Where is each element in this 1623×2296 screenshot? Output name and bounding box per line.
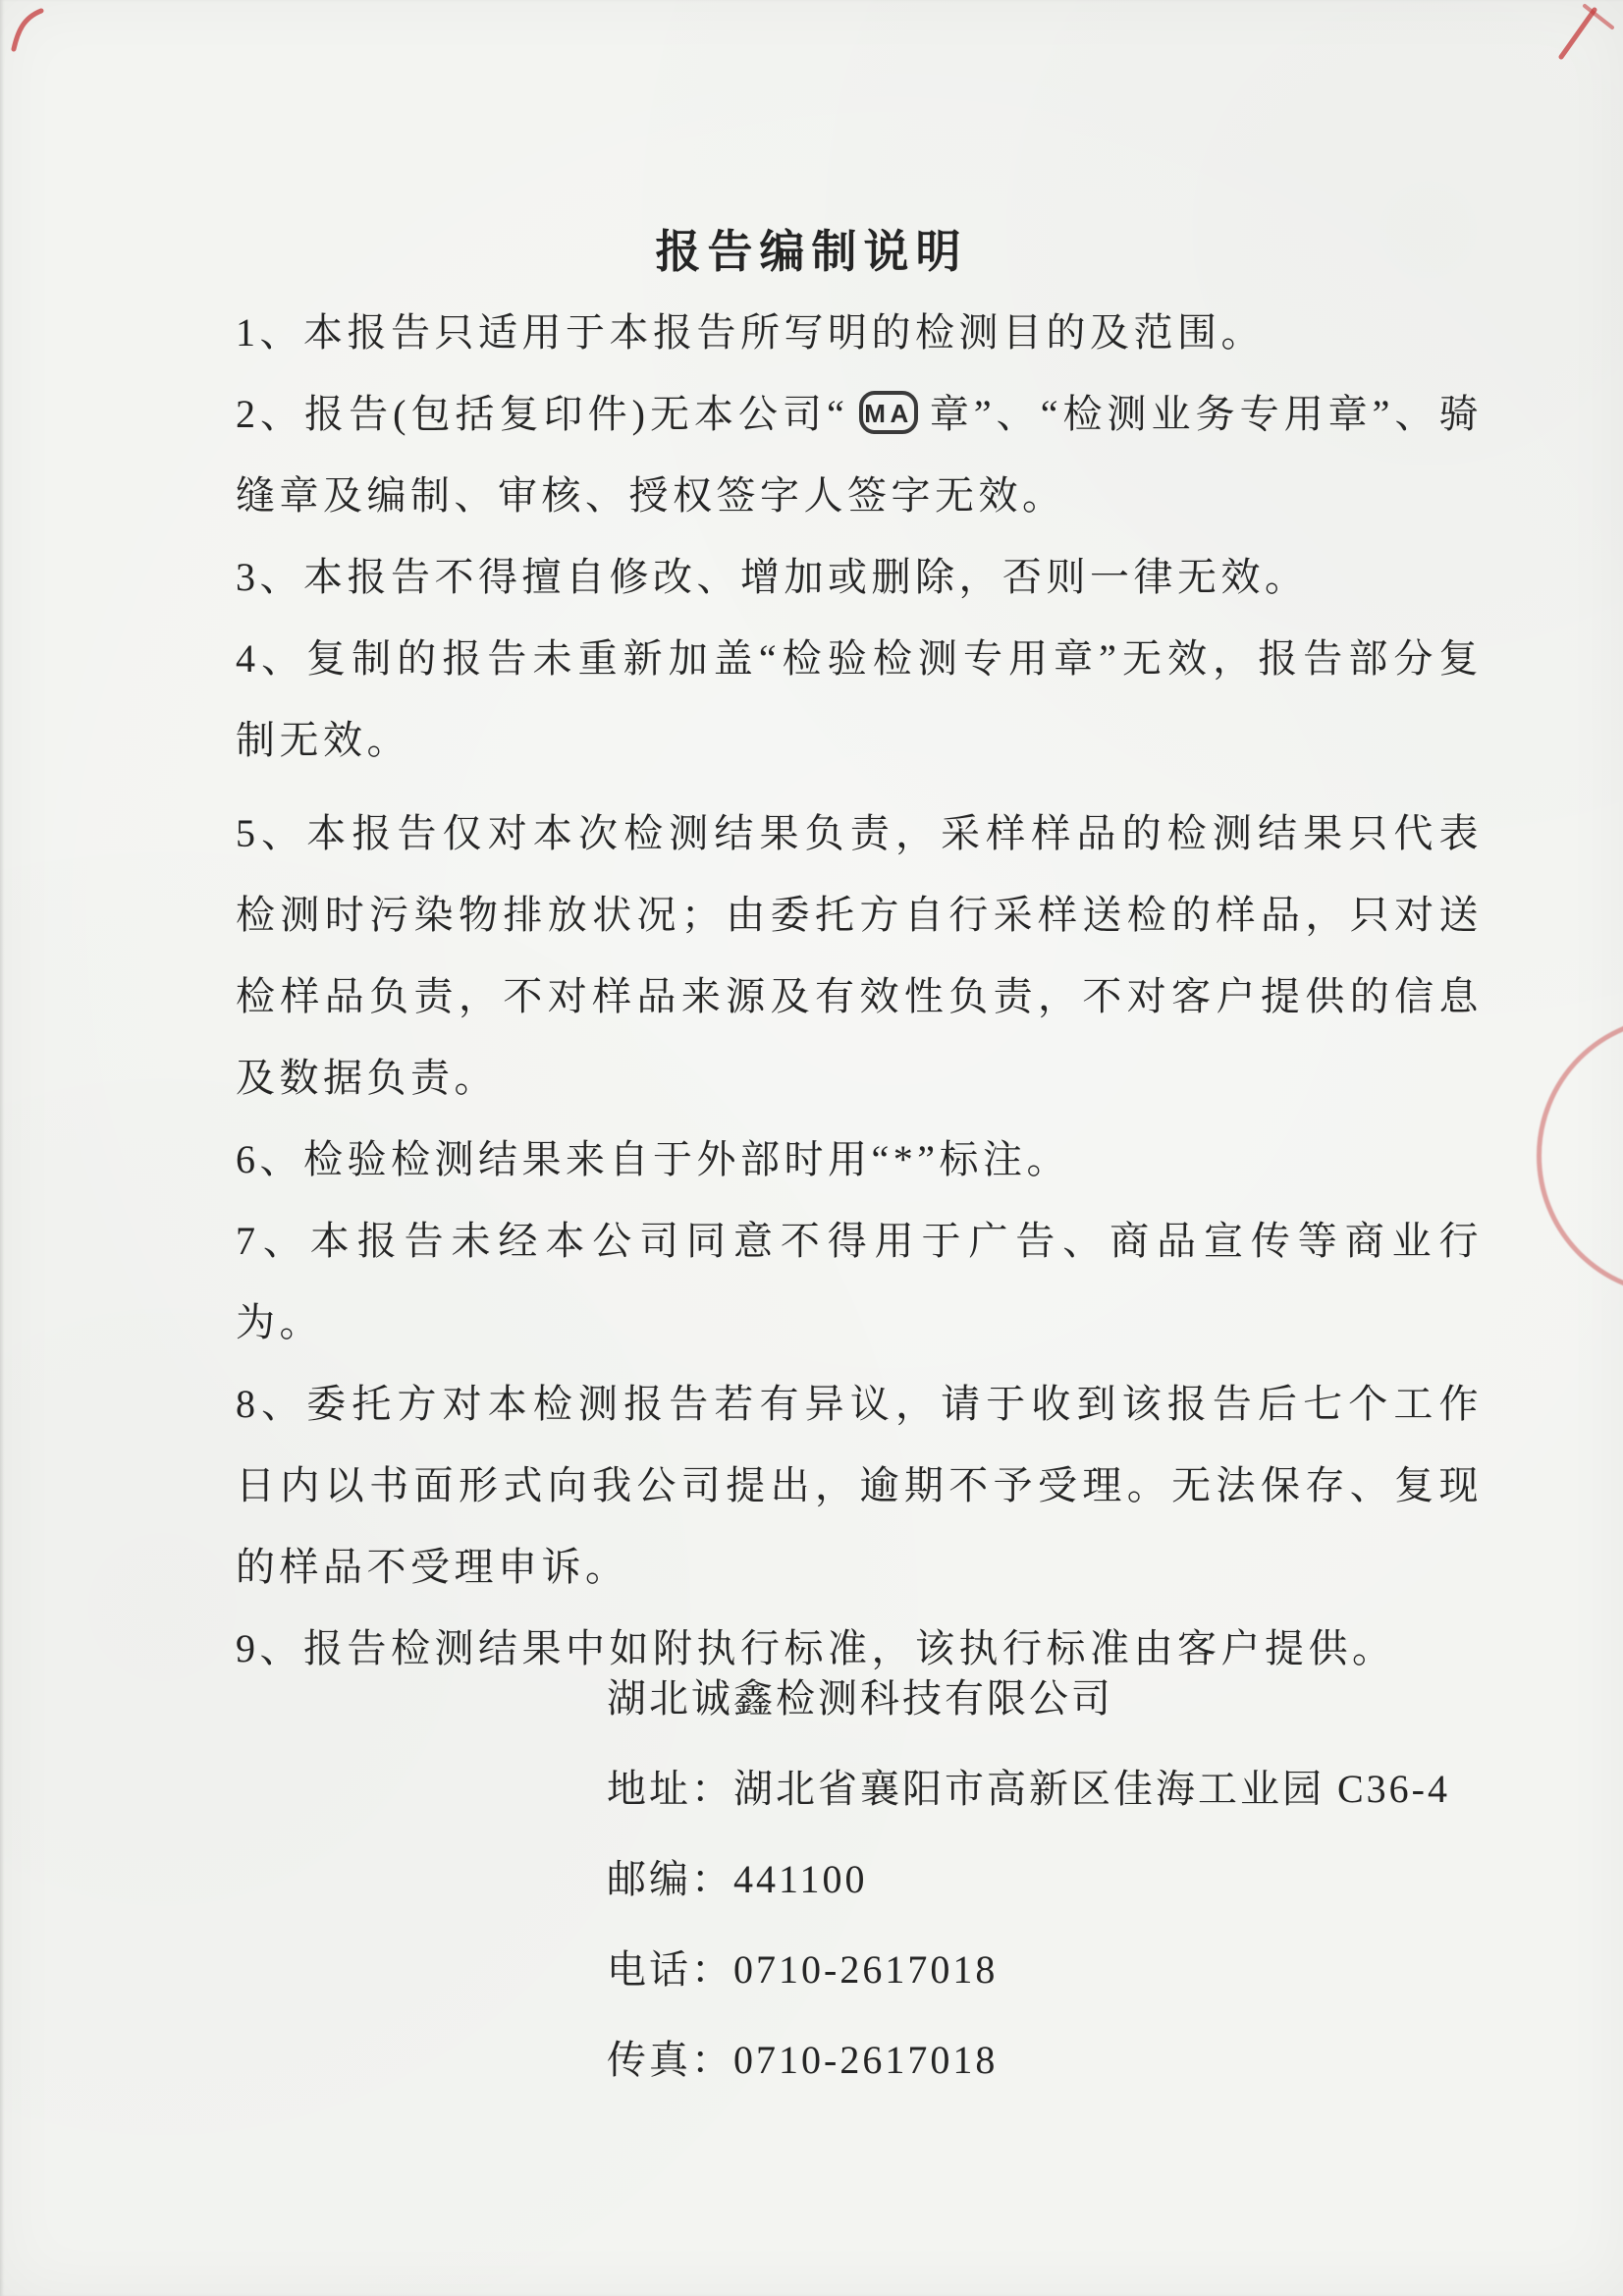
note-item-1: 1、本报告只适用于本报告所写明的检测目的及范围。 [236, 292, 1483, 373]
note-item-2-prefix: 2、报告(包括复印件)无本公司“ [236, 392, 848, 436]
red-seal-edge-icon [1537, 1015, 1623, 1296]
red-pen-mark-top-left-icon [6, 6, 49, 60]
company-address: 地址：湖北省襄阳市高新区佳海工业园 C36-4 [607, 1744, 1450, 1834]
company-postal-code: 邮编：441100 [607, 1834, 1450, 1925]
note-item-6: 6、检验检测结果来自于外部时用“*”标注。 [236, 1119, 1483, 1200]
notes-list: 1、本报告只适用于本报告所写明的检测目的及范围。 2、报告(包括复印件)无本公司… [236, 292, 1483, 1689]
cma-mark-icon: MA [858, 390, 919, 435]
company-info-block: 湖北诚鑫检测科技有限公司 地址：湖北省襄阳市高新区佳海工业园 C36-4 邮编：… [607, 1654, 1450, 2105]
red-pen-mark-top-right-icon [1555, 0, 1620, 68]
company-fax: 传真：0710-2617018 [607, 2015, 1450, 2105]
note-item-8: 8、委托方对本检测报告若有异议，请于收到该报告后七个工作日内以书面形式向我公司提… [236, 1363, 1483, 1608]
company-phone: 电话：0710-2617018 [607, 1925, 1450, 2015]
note-item-7: 7、本报告未经本公司同意不得用于广告、商品宣传等商业行为。 [236, 1200, 1483, 1363]
note-item-4: 4、复制的报告未重新加盖“检验检测专用章”无效，报告部分复制无效。 [236, 618, 1483, 781]
page-title: 报告编制说明 [0, 216, 1623, 281]
scanned-report-page: 报告编制说明 1、本报告只适用于本报告所写明的检测目的及范围。 2、报告(包括复… [0, 0, 1623, 2296]
note-item-3: 3、本报告不得擅自修改、增加或删除，否则一律无效。 [236, 536, 1483, 618]
note-item-5: 5、本报告仅对本次检测结果负责，采样样品的检测结果只代表检测时污染物排放状况；由… [236, 793, 1483, 1119]
company-name: 湖北诚鑫检测科技有限公司 [607, 1654, 1450, 1744]
svg-text:MA: MA [865, 399, 913, 428]
note-item-2: 2、报告(包括复印件)无本公司“MA章”、“检测业务专用章”、骑缝章及编制、审核… [236, 373, 1483, 536]
